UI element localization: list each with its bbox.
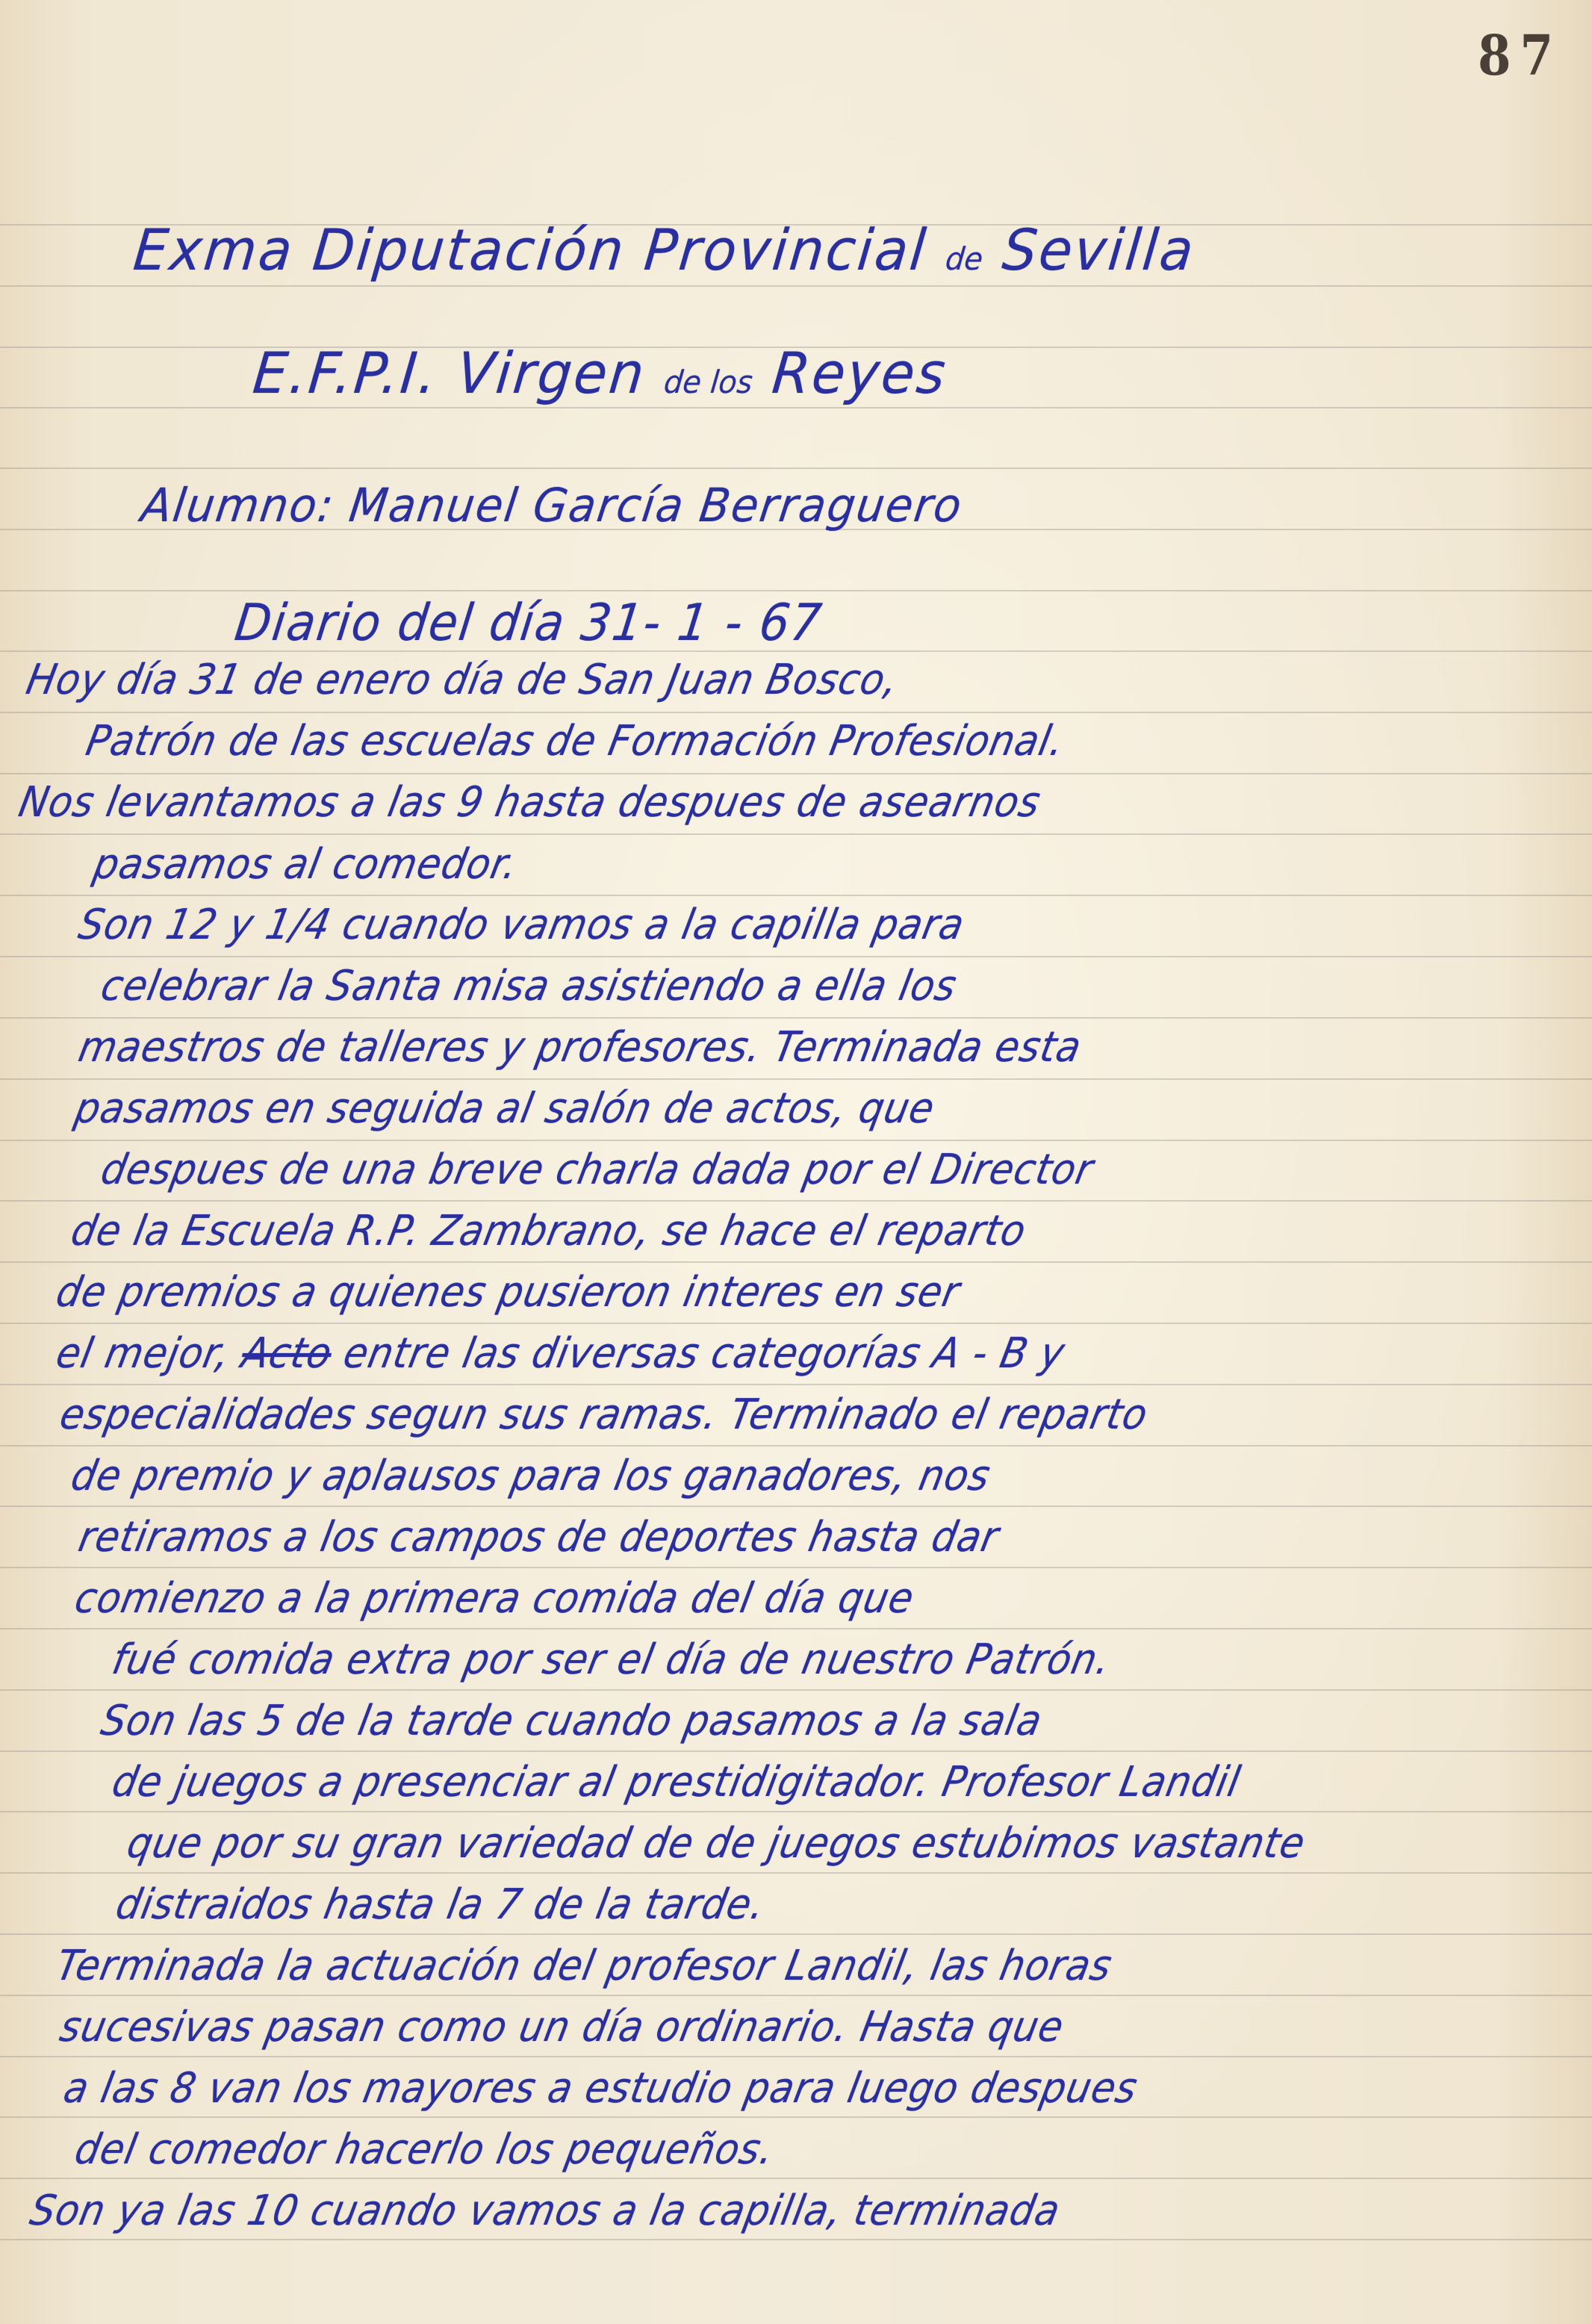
diary-line: despues de una breve charla dada por el …: [97, 1146, 1098, 1194]
ruling-line: [0, 2239, 1592, 2240]
diary-line: pasamos en seguida al salón de actos, qu…: [71, 1084, 939, 1133]
ruling-line: [0, 285, 1592, 287]
ruling-line: [0, 2116, 1592, 2118]
diary-title: Diario del día 31- 1 - 67: [231, 594, 826, 653]
ruling-line: [0, 1811, 1592, 1812]
diary-line: Son 12 y 1/4 cuando vamos a la capilla p…: [75, 901, 968, 949]
diary-line: sucesivas pasan como un día ordinario. H…: [56, 2003, 1068, 2051]
ruling-line: [0, 590, 1592, 591]
ruling-line: [0, 1689, 1592, 1691]
student-label: Alumno:: [138, 478, 338, 532]
institution-de: de: [944, 240, 985, 277]
diary-line: de la Escuela R.P. Zambrano, se hace el …: [67, 1207, 1030, 1255]
diary-line: que por su gran variedad de de juegos es…: [123, 1819, 1310, 1868]
school-delos: de los: [662, 364, 754, 400]
diary-line: Son las 5 de la tarde cuando pasamos a l…: [97, 1697, 1046, 1745]
diary-line: de juegos a presenciar al prestidigitado…: [108, 1758, 1245, 1806]
school-prefix: E.F.P.I. Virgen: [250, 340, 649, 406]
diary-line: Son ya las 10 cuando vamos a la capilla,…: [26, 2187, 1064, 2235]
student-name: Manuel García Berraguero: [346, 478, 966, 532]
ruling-line: [0, 1140, 1592, 1141]
institution-heading: Exma Diputación Provincial de Sevilla: [131, 217, 1198, 283]
ruling-line: [0, 2056, 1592, 2057]
ruling-line: [0, 1323, 1592, 1324]
notebook-page: 87 Exma Diputación Provincial de Sevilla…: [0, 0, 1592, 2324]
diary-line: celebrar la Santa misa asistiendo a ella…: [97, 962, 961, 1010]
ruling-line: [0, 1200, 1592, 1202]
diary-line: maestros de talleres y profesores. Termi…: [75, 1023, 1086, 1072]
ruling-line: [0, 1506, 1592, 1507]
ruling-line: [0, 1750, 1592, 1752]
diary-line: Nos levantamos a las 9 hasta despues de …: [15, 778, 1045, 827]
school-heading: E.F.P.I. Virgen de los Reyes: [250, 340, 951, 406]
institution-name: Exma Diputación Provincial: [131, 217, 930, 283]
diary-line: especialidades segun sus ramas. Terminad…: [56, 1391, 1152, 1439]
ruling-line: [0, 467, 1592, 469]
diary-line: Patrón de las escuelas de Formación Prof…: [82, 717, 1069, 765]
ruling-line: [0, 712, 1592, 713]
diary-line: de premios a quienes pusieron interes en…: [52, 1268, 964, 1317]
ruling-line: [0, 1628, 1592, 1629]
ruling-line: [0, 1445, 1592, 1447]
diary-line: Terminada la actuación del profesor Land…: [52, 1942, 1116, 1990]
ruling-line: [0, 956, 1592, 957]
diary-line: retiramos a los campos de deportes hasta…: [75, 1513, 1003, 1562]
ruling-line: [0, 773, 1592, 774]
diary-line: Hoy día 31 de enero día de San Juan Bosc…: [22, 656, 903, 704]
ruling-line: [0, 1261, 1592, 1263]
ruling-line: [0, 1995, 1592, 1996]
diary-line: pasamos al comedor.: [90, 840, 522, 889]
diary-line: de premio y aplausos para los ganadores,…: [67, 1452, 995, 1500]
ruling-line: [0, 1872, 1592, 1874]
diary-line: del comedor hacerlo los pequeños.: [71, 2125, 778, 2174]
diary-line-with-strikethrough: el mejor, Acto entre las diversas catego…: [52, 1329, 1069, 1378]
ruling-line: [0, 1017, 1592, 1019]
institution-city: Sevilla: [1000, 217, 1198, 283]
diary-line: comienzo a la primera comida del día que: [71, 1574, 918, 1623]
ruling-line: [0, 1384, 1592, 1385]
ruling-line: [0, 2178, 1592, 2179]
ruling-line: [0, 407, 1592, 408]
page-number: 87: [1478, 24, 1562, 88]
ruling-line: [0, 1567, 1592, 1568]
ruling-line: [0, 895, 1592, 896]
ruling-line: [0, 833, 1592, 835]
school-suffix: Reyes: [769, 340, 950, 406]
diary-line: distraidos hasta la 7 de la tarde.: [112, 1880, 769, 1929]
diary-line: a las 8 van los mayores a estudio para l…: [60, 2064, 1142, 2113]
student-line: Alumno: Manuel García Berraguero: [138, 478, 966, 532]
diary-line: fué comida extra por ser el día de nuest…: [108, 1635, 1115, 1684]
ruling-line: [0, 1078, 1592, 1080]
ruling-line: [0, 1933, 1592, 1935]
struck-word: Acto: [238, 1329, 337, 1378]
